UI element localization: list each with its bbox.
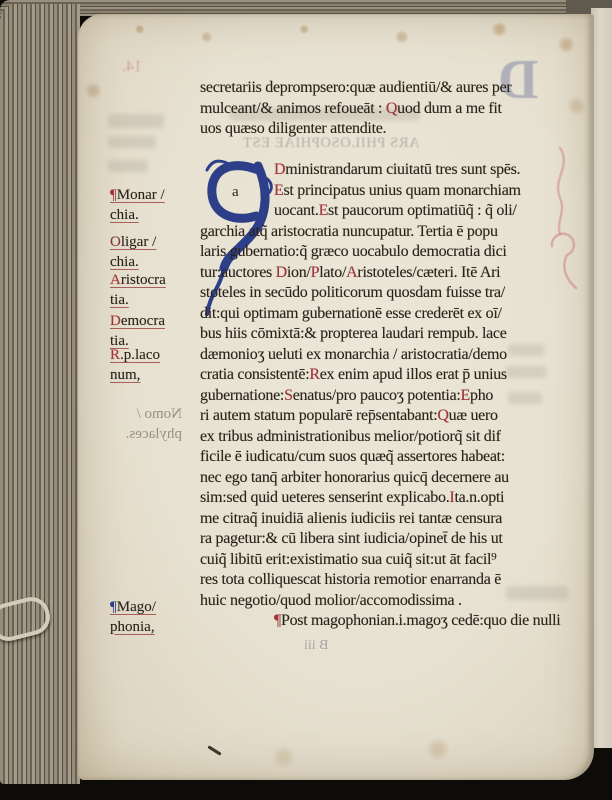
text-segment: dæmonioʒ ueluti ex monarchia / aristocra… (200, 346, 507, 363)
text-line: cratia consistentē:Rex enim apud illos e… (200, 365, 572, 386)
text-segment: enatus/pro paucoʒ potentia: (293, 387, 461, 404)
text-line: me citraq̃ inuidiā alienis iudiciis rei … (200, 509, 572, 530)
line-spacer (200, 140, 572, 161)
text-segment: phonia, (110, 619, 155, 635)
margin-note: ¶Monar /chia. (110, 186, 202, 225)
text-line: ficile ē iudicatu/cum suos quæq̃ asserto… (200, 447, 572, 468)
text-segment: P (311, 264, 320, 281)
text-line: gubernatione:Senatus/pro paucoʒ potentia… (200, 386, 572, 407)
text-segment: E (461, 387, 470, 404)
text-segment: ¶ (110, 187, 117, 203)
text-segment: ex tribus administrationibus melior/poti… (200, 428, 501, 445)
text-line: ra pagetur:& cū libera sint iudicia/opin… (200, 529, 572, 550)
text-segment: emocra (121, 313, 165, 329)
text-segment: tia. (110, 292, 129, 308)
text-segment: O (110, 234, 121, 250)
text-segment: ri autem statum popularē rep̄sentabant: (200, 407, 437, 424)
text-segment: D (110, 313, 121, 329)
text-line: Est principatus unius quam monarchiam (200, 181, 572, 202)
text-segment: sim:sed quid ueteres senserint explicabo… (200, 489, 449, 506)
text-line: uos quæso diligenter attendite. (200, 119, 572, 140)
margin-note-line: R.p.laco (110, 346, 202, 366)
text-line: nec ego tanq̄ arbiter honorarius quicq̄ … (200, 468, 572, 489)
text-line: sim:sed quid ueteres senserint explicabo… (200, 488, 572, 509)
text-segment: A (346, 264, 357, 281)
main-paragraph: Dministrandarum ciuitatū tres sunt spēs.… (200, 160, 572, 632)
text-segment: ficile ē iudicatu/cum suos quæq̃ asserto… (200, 448, 505, 465)
ink-speck (207, 745, 221, 755)
text-segment: ion/ (287, 264, 311, 281)
text-line: ri autem statum popularē rep̄sentabant:Q… (200, 406, 572, 427)
text-line: huic negotio/quod molior/accomodissima . (200, 591, 572, 612)
margin-note: Oligar /chia. (110, 233, 202, 272)
text-line: garchia atq̃ aristocratia nuncupatur. Te… (200, 222, 572, 243)
text-segment: garchia atq̃ aristocratia nuncupatur. Te… (200, 223, 498, 240)
text-line: tur:auctores Dion/Plato/Aristoteles/cæte… (200, 263, 572, 284)
text-segment: uocant. (274, 202, 319, 219)
text-segment: cratia consistentē: (200, 366, 309, 383)
showthrough-smudge (108, 136, 156, 148)
book-scan-photo: 14. ARS PHILOSOPHIAE EST D Nomo / phylac… (0, 0, 612, 800)
text-line: bus hiis cōmixtā:& propterea laudari rem… (200, 324, 572, 345)
margin-note-line: ¶Mago/ (110, 598, 202, 618)
text-line: dæmonioʒ ueluti ex monarchia / aristocra… (200, 345, 572, 366)
text-segment: cuiq̃ libitū erit:existimatio sua cuiq̃ … (200, 551, 496, 568)
text-segment: st paucorum optimatiūq̃ : q̃ oli/ (328, 202, 516, 219)
margin-note-line: Democra (110, 312, 202, 332)
text-line: ex tribus administrationibus melior/poti… (200, 427, 572, 448)
showthrough-folio-number: 14. (122, 58, 142, 76)
text-line: ¶Post magophonian.i.magoʒ cedē:quo die n… (200, 611, 572, 632)
text-segment: D (274, 161, 285, 178)
margin-note-line: phonia, (110, 618, 202, 638)
text-segment: stoteles in secūdo politicorum quosdam f… (200, 284, 505, 301)
text-line: uocant.Est paucorum optimatiūq̃ : q̃ oli… (200, 201, 572, 222)
text-segment: R (309, 366, 319, 383)
margin-note-line: chia. (110, 206, 202, 226)
text-segment: chia. (110, 207, 139, 223)
text-segment: ristocra (121, 272, 166, 288)
text-segment: lato/ (319, 264, 346, 281)
opening-paragraph: secretariis deprompsero:quæ audientiū/& … (200, 78, 572, 140)
text-segment: huic negotio/quod molior/accomodissima . (200, 592, 462, 609)
text-line: stoteles in secūdo politicorum quosdam f… (200, 283, 572, 304)
margin-note: R.p.laconum, (110, 346, 202, 385)
text-segment: nec ego tanq̄ arbiter honorarius quicq̄ … (200, 469, 509, 486)
text-segment: ost magophonian.i.magoʒ cedē:quo die nul… (290, 612, 561, 629)
text-segment: ristoteles/cæteri. Itē Ari (357, 264, 500, 281)
text-segment: res tota colliquescat historia remotior … (200, 571, 501, 588)
text-segment: D (276, 264, 287, 281)
book-page: 14. ARS PHILOSOPHIAE EST D Nomo / phylac… (78, 14, 594, 780)
text-segment: me citraq̃ inuidiā alienis iudiciis rei … (200, 510, 502, 527)
showthrough-note-line: Nomo / (104, 404, 182, 424)
text-line: secretariis deprompsero:quæ audientiū/& … (200, 78, 572, 99)
text-segment: uos quæso diligenter attendite. (200, 120, 386, 137)
text-segment: ligar / (121, 234, 156, 250)
margin-note-line: num, (110, 366, 202, 386)
text-segment: ¶ (274, 612, 281, 629)
margin-note: ¶Mago/phonia, (110, 598, 202, 637)
text-segment: Q (386, 100, 397, 117)
showthrough-signature-mark: B iii (304, 638, 329, 654)
text-segment: Monar / (117, 187, 165, 203)
text-segment: ex enim apud illos erat p̄ unius (320, 366, 507, 383)
text-segment: laris gubernatio:q̃ græco uocabulo democ… (200, 243, 507, 260)
text-segment: ra pagetur:& cū libera sint iudicia/opin… (200, 530, 503, 547)
text-segment: R (110, 347, 120, 363)
text-segment: tur:auctores (200, 264, 276, 281)
text-line: dit:qui optimam gubernationē esse creder… (200, 304, 572, 325)
book-left-page-edges (0, 4, 80, 784)
text-segment: mulceant/& animos refoueāt : (200, 100, 386, 117)
text-line: cuiq̃ libitū erit:existimatio sua cuiq̃ … (200, 550, 572, 571)
next-page-edge (591, 8, 612, 748)
margin-note-line: Aristocra (110, 271, 202, 291)
text-segment: dit:qui optimam gubernationē esse creder… (200, 305, 502, 322)
text-line: mulceant/& animos refoueāt : Quod dum a … (200, 99, 572, 120)
text-segment: secretariis deprompsero:quæ audientiū/& … (200, 79, 511, 96)
text-line: Dministrandarum ciuitatū tres sunt spēs. (200, 160, 572, 181)
margin-note: Aristocratia. (110, 271, 202, 310)
margin-note-line: tia. (110, 291, 202, 311)
text-segment: P (281, 612, 290, 629)
text-segment: chia. (110, 254, 139, 270)
text-block: secretariis deprompsero:quæ audientiū/& … (200, 78, 572, 632)
text-segment: E (319, 202, 328, 219)
text-segment: pho (470, 387, 493, 404)
text-line: res tota colliquescat historia remotior … (200, 570, 572, 591)
margin-note-line: Oligar / (110, 233, 202, 253)
text-segment: gubernatione: (200, 387, 284, 404)
text-segment: uæ uero (449, 407, 498, 424)
showthrough-smudge (108, 114, 164, 128)
text-segment: uod dum a me fit (397, 100, 502, 117)
text-line: laris gubernatio:q̃ græco uocabulo democ… (200, 242, 572, 263)
text-segment: bus hiis cōmixtā:& propterea laudari rem… (200, 325, 507, 342)
text-segment: ¶ (110, 599, 117, 615)
margin-note-line: ¶Monar / (110, 186, 202, 206)
margin-note-line: chia. (110, 253, 202, 273)
text-segment: Mago/ (117, 599, 156, 615)
text-segment: ta.n.opti (454, 489, 504, 506)
text-segment: .p.laco (120, 347, 160, 363)
text-segment: S (284, 387, 293, 404)
text-segment: A (110, 272, 121, 288)
showthrough-note-line: phylaces. (104, 424, 182, 444)
showthrough-smudge (108, 160, 148, 172)
text-segment: Q (437, 407, 448, 424)
showthrough-margin-note-nomophylaces: Nomo / phylaces. (104, 404, 182, 444)
text-segment: st principatus unius quam monarchiam (283, 182, 520, 199)
text-segment: num, (110, 367, 140, 383)
text-segment: ministrandarum ciuitatū tres sunt spēs. (285, 161, 520, 178)
